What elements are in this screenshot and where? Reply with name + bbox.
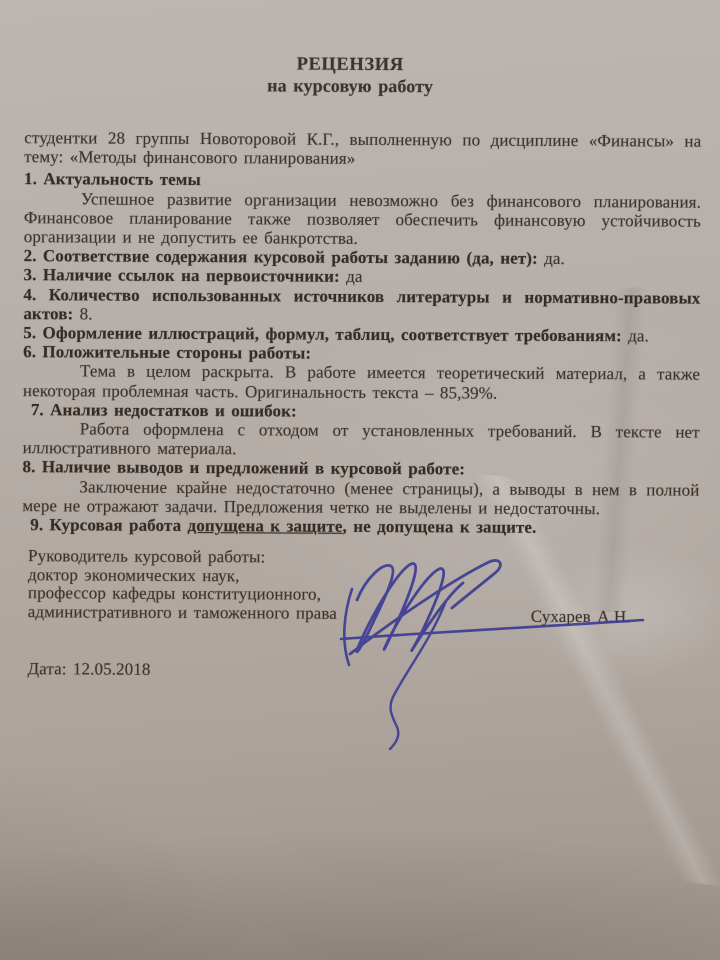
section-6-body: Тема в целом раскрыта. В работе имеется …: [23, 362, 700, 404]
section-2-answer: да.: [544, 249, 565, 268]
section-7-body: Работа оформлена с отходом от установлен…: [23, 419, 700, 461]
section-1-body: Успешное развитие организации невозможно…: [24, 189, 701, 250]
section-4-answer: 8.: [80, 304, 93, 323]
document-sheet: РЕЦЕНЗИЯ на курсовую работу студентки 28…: [0, 0, 720, 960]
photo-of-paper-document: { "document": { "title": "РЕЦЕНЗИЯ", "su…: [0, 0, 720, 960]
signatory-name: Сухарев А.Н.: [531, 607, 631, 627]
intro-paragraph: студентки 28 группы Новоторовой К.Г., вы…: [24, 128, 701, 170]
document-subtitle: на курсовую работу: [12, 74, 689, 99]
section-5-answer: да.: [628, 326, 649, 345]
section-8-body: Заключение крайне недостаточно (менее ст…: [22, 477, 699, 519]
section-9-verdict: 9. Курсовая работа допущена к защите, не…: [22, 515, 699, 538]
section-4: 4. Количество использованных источников …: [23, 285, 700, 327]
document-header: РЕЦЕНЗИЯ на курсовую работу: [12, 53, 689, 99]
date-line: Дата: 12.05.2018: [27, 659, 698, 682]
review-sections: 1. Актуальность темы Успешное развитие о…: [22, 170, 701, 538]
section-3-answer: да: [346, 267, 363, 286]
verdict-underlined: допущена к защите: [188, 516, 343, 536]
